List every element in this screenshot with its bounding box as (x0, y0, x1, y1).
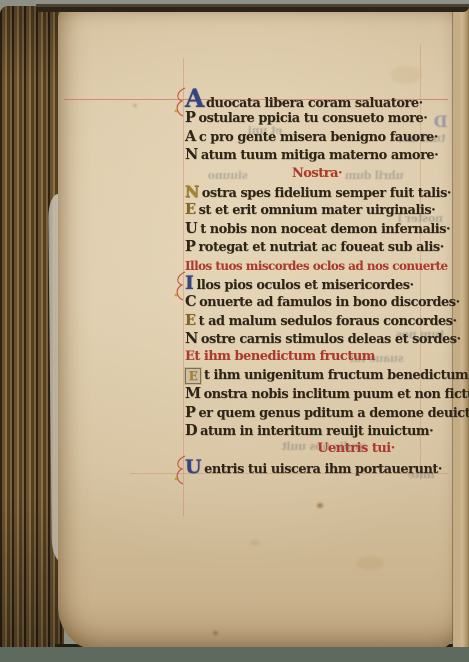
verse-line: Postulare ppicia tu consueto more· (185, 109, 449, 127)
verse-text: rotegat et nutriat ac foueat sub alis· (198, 240, 443, 255)
verse-line: Et ihm unigenitum fructum benedictum· (185, 367, 449, 385)
versal-initial: P (185, 404, 195, 422)
verse-line: Nostre carnis stimulos deleas et sordes· (185, 330, 449, 348)
verse-text: entris tui uiscera ihm portauerunt· (204, 462, 442, 477)
page-edge-right (452, 8, 469, 652)
penwork-flourish-icon (172, 454, 187, 489)
versal-initial: D (185, 422, 197, 440)
versal-initial: A (185, 91, 204, 109)
verse-text: onstra nobis inclitum puum et non fictu· (204, 387, 469, 402)
verse-text: c pro gente misera benigno fauore· (199, 130, 438, 145)
verse-line: Aduocata libera coram saluatore· (185, 91, 449, 109)
parchment-stain (213, 631, 218, 635)
versal-initial: U (185, 220, 197, 238)
text-block: Aduocata libera coram saluatore·Postular… (185, 91, 449, 477)
verse-line: Ut nobis non noceat demon infernalis· (185, 220, 449, 238)
rubric-text: Et ihm benedictum fructum (185, 349, 375, 364)
verse-text: st et erit omnium mater uirginalis· (199, 203, 436, 218)
versal-initial: A (185, 128, 196, 146)
versal-initial: E (185, 368, 201, 384)
manuscript-photo: et unisiuunouhril dumtuni mitnoster itum… (0, 0, 469, 662)
verse-text: er quem genus pditum a demone deuictu· (198, 406, 469, 421)
rubric-line: Nostra· (185, 165, 449, 183)
verse-line: Nostra spes fidelium semper fuit talis· (185, 183, 449, 201)
book-top-edge (36, 0, 469, 12)
verse-line: Illos pios oculos et misericordes· (185, 275, 449, 293)
verse-text: atum tuum mitiga materno amore· (201, 148, 438, 163)
versal-initial: N (185, 146, 198, 164)
verse-line: Conuerte ad famulos in bono discordes· (185, 293, 449, 311)
verse-text: llos pios oculos et misericordes· (196, 278, 413, 293)
verse-text: t ad malum sedulos foraus concordes· (199, 314, 457, 329)
versal-initial: N (185, 330, 198, 348)
verse-line: Est et erit omnium mater uirginalis· (185, 201, 449, 219)
versal-initial: M (185, 385, 201, 403)
verse-text: onuerte ad famulos in bono discordes· (199, 295, 460, 310)
verse-line: Monstra nobis inclitum puum et non fictu… (185, 385, 449, 403)
parchment-stain (356, 556, 384, 570)
verse-line: Ac pro gente misera benigno fauore· (185, 128, 449, 146)
versal-initial: P (185, 238, 195, 256)
verse-line: Et ad malum sedulos foraus concordes· (185, 312, 449, 330)
verse-line: Protegat et nutriat ac foueat sub alis· (185, 238, 449, 256)
parchment-stain (250, 540, 260, 546)
versal-initial: N (185, 183, 199, 201)
verse-line: Per quem genus pditum a demone deuictu· (185, 404, 449, 422)
verse-text: ostulare ppicia tu consueto more· (198, 111, 427, 126)
parchment-stain (317, 503, 323, 508)
verse-text: t nobis non noceat demon infernalis· (200, 222, 450, 237)
backdrop-shelf (0, 647, 469, 662)
parchment-stain (133, 104, 137, 107)
verse-text: t ihm unigenitum fructum benedictum· (204, 368, 469, 383)
parchment-stain (390, 66, 422, 84)
rubric-line: Illos tuos miscordes oclos ad nos conuer… (185, 257, 449, 275)
verse-text: atum in interitum reuijt inuictum· (200, 424, 433, 439)
versal-initial: I (185, 275, 193, 293)
rubric-text: Nostra· (292, 166, 342, 181)
versal-initial: C (185, 293, 196, 311)
verse-text: ostra spes fidelium semper fuit talis· (202, 186, 451, 201)
verse-text: ostre carnis stimulos deleas et sordes· (201, 332, 461, 347)
rubric-text: Uentris tui· (317, 441, 395, 456)
rubric-line: Et ihm benedictum fructum (185, 348, 449, 366)
versal-initial: E (185, 201, 196, 219)
rubric-line: Uentris tui· (185, 440, 449, 458)
versal-initial: P (185, 109, 195, 127)
versal-initial: U (185, 459, 201, 477)
versal-initial: E (185, 312, 196, 330)
verse-line: Natum tuum mitiga materno amore· (185, 146, 449, 164)
verse-line: Datum in interitum reuijt inuictum· (185, 422, 449, 440)
rubric-text: Illos tuos miscordes oclos ad nos conuer… (185, 259, 448, 273)
verse-line: Uentris tui uiscera ihm portauerunt· (185, 459, 449, 477)
